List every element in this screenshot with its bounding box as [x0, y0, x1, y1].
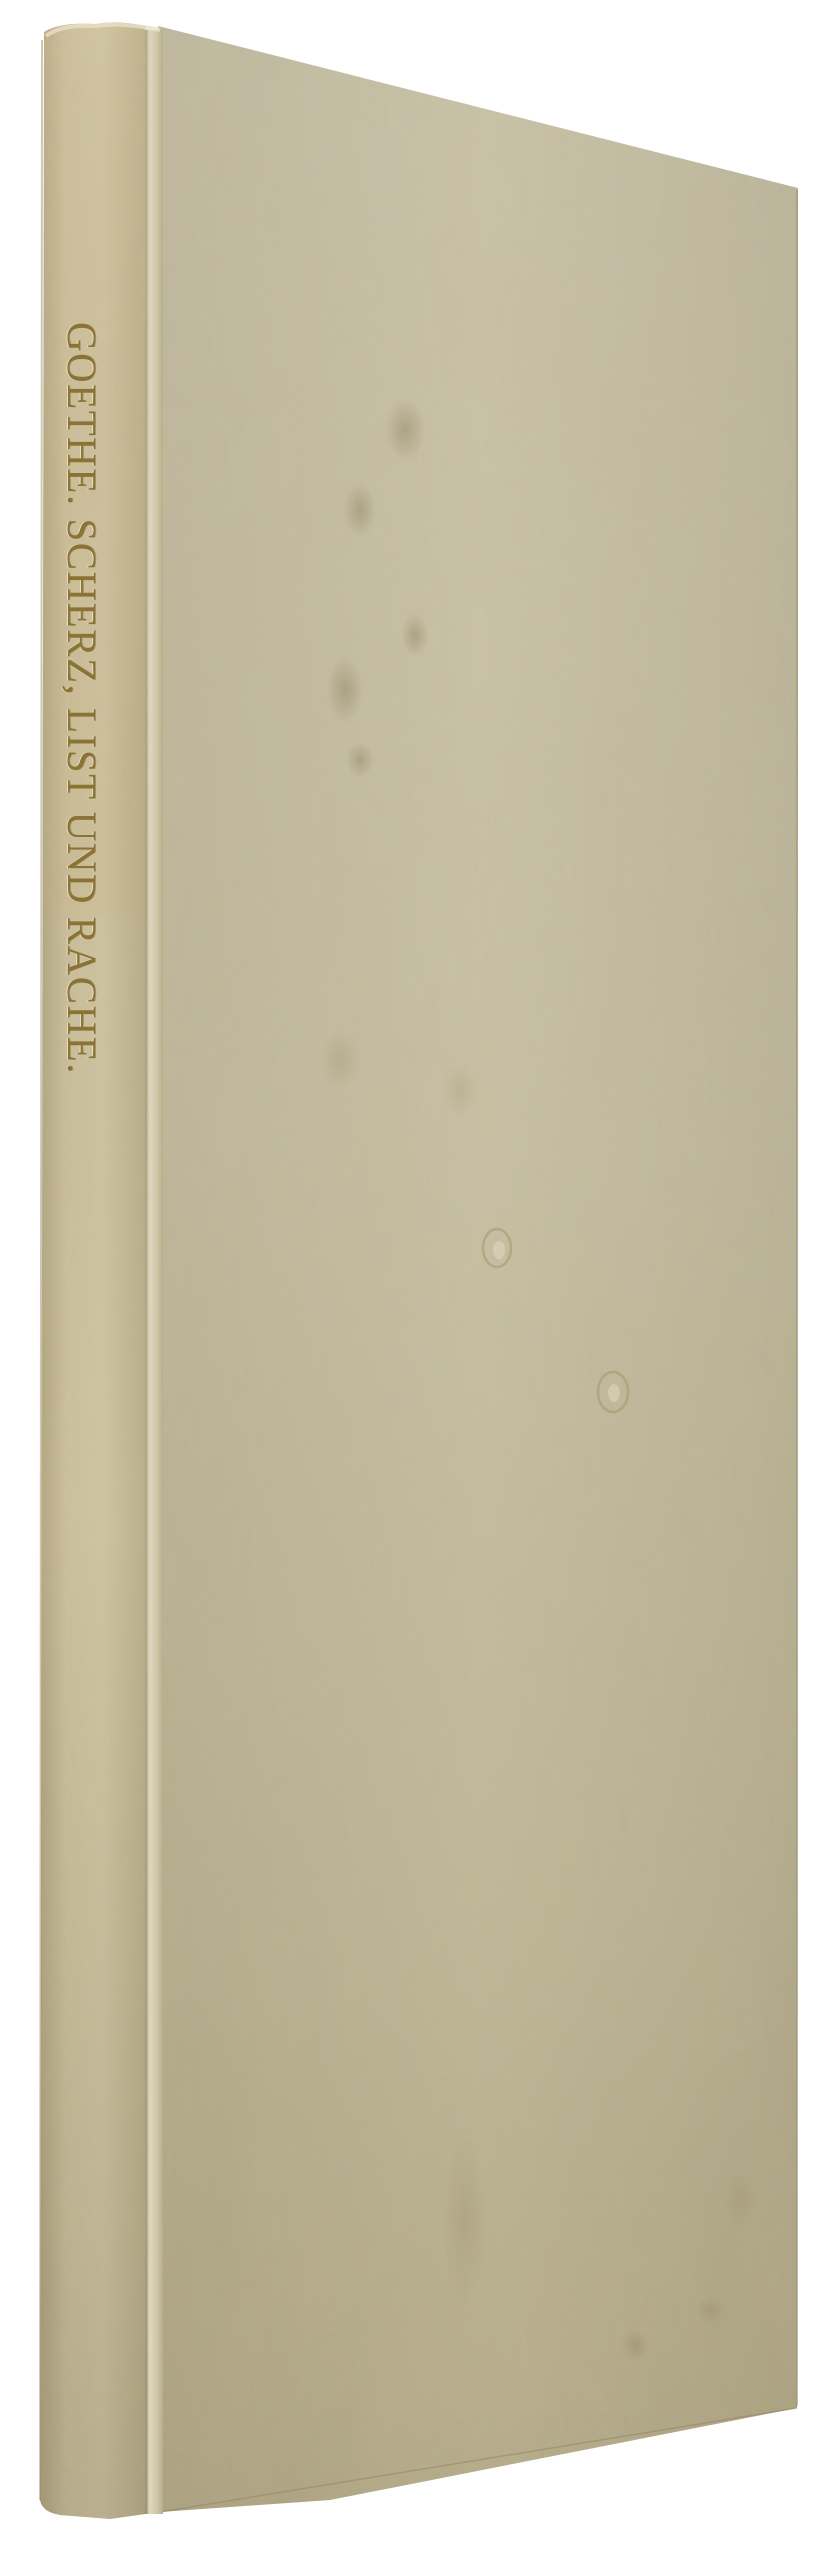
book-photo: GOETHE. SCHERZ, LIST UND RACHE.	[0, 0, 819, 2560]
book-illustration	[0, 0, 819, 2560]
spine-title: GOETHE. SCHERZ, LIST UND RACHE.	[60, 322, 104, 1272]
front-cover	[150, 20, 810, 2520]
